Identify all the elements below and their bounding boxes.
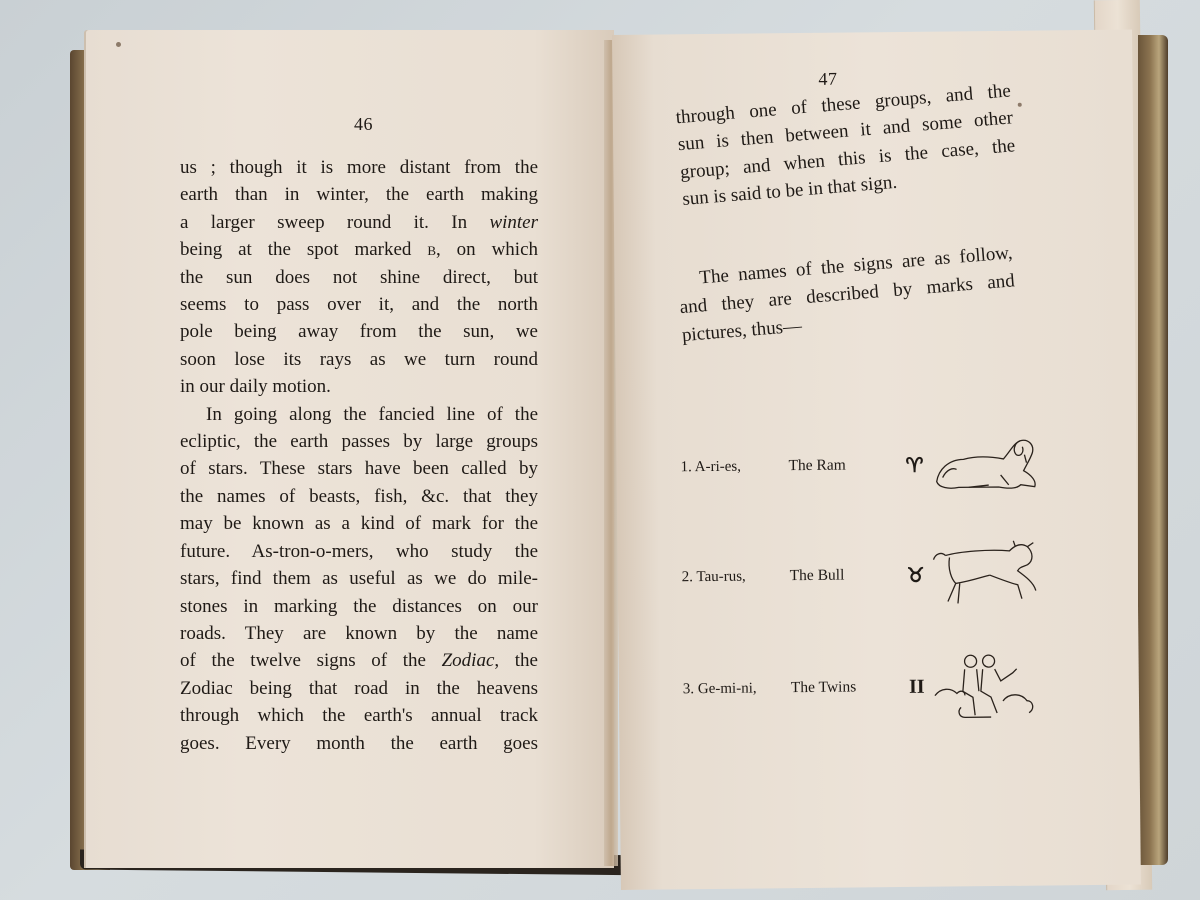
italic-word: Zodiac	[442, 650, 495, 671]
text-line: a larger sweep round it. In winter	[180, 209, 538, 236]
text-line: the names of beasts, fish, &c. that they	[180, 483, 538, 510]
text-line: stars, find them as useful as we do mile…	[180, 565, 538, 592]
text-line: pole being away from the sun, we	[180, 318, 538, 345]
page-number-left: 46	[354, 114, 373, 135]
zodiac-sign-row: 2. Tau-rus, The Bull ♉︎	[681, 538, 1062, 612]
text-line: being at the spot marked b, on which	[180, 236, 538, 263]
text-line: goes. Every month the earth goes	[180, 730, 538, 757]
text-line: in our daily motion.	[180, 373, 538, 400]
zodiac-sign-row: 3. Ge-mi-ni, The Twins II	[682, 650, 1063, 724]
taurus-symbol-icon: ♉︎	[902, 562, 930, 587]
text-line: Zodiac being that road in the heavens	[180, 675, 538, 702]
zodiac-sign-row: 1. A-ri-es, The Ram ♈︎	[680, 428, 1061, 502]
sign-english-name: The Twins	[791, 678, 903, 697]
text-line: earth than in winter, the earth making	[180, 181, 538, 208]
text-line: future. As-tron-o-mers, who study the	[180, 538, 538, 565]
gemini-symbol-icon: II	[903, 675, 931, 698]
text-line: seems to pass over it, and the north	[180, 291, 538, 318]
right-page: 47 through one of these groups, and the …	[612, 30, 1141, 890]
back-cover-edge	[1138, 35, 1168, 865]
sign-latin-name: 2. Tau-rus,	[682, 568, 790, 586]
text-line: stones in marking the distances on our	[180, 593, 538, 620]
left-page: 46 us ; though it is more distant from t…	[86, 30, 614, 868]
sign-english-name: The Ram	[788, 456, 900, 475]
text-line: soon lose its rays as we turn round	[180, 346, 538, 373]
text-line: may be known as a kind of mark for the	[180, 510, 538, 537]
left-page-text: us ; though it is more distant from the …	[180, 154, 538, 757]
text-line: of the twelve signs of the Zodiac, the	[180, 647, 538, 674]
italic-word: winter	[489, 212, 538, 233]
text-line: the sun does not shine direct, but	[180, 264, 538, 291]
text-line: of stars. These stars have been called b…	[180, 455, 538, 482]
signs-intro-paragraph: The names of the signs are as follow, an…	[676, 239, 1018, 350]
twins-engraving-icon	[930, 651, 1041, 722]
text-line: through which the earth's annual track	[180, 702, 538, 729]
book-photo-scene: 46 us ; though it is more distant from t…	[0, 0, 1200, 900]
smallcaps-mark: b	[427, 239, 436, 260]
sign-english-name: The Bull	[790, 566, 902, 585]
text-line: In going along the fancied line of the	[180, 401, 538, 428]
aries-symbol-icon: ♈︎	[900, 452, 928, 477]
sign-latin-name: 1. A-ri-es,	[680, 458, 788, 476]
text-line: ecliptic, the earth passes by large grou…	[180, 428, 538, 455]
foxing-spot	[116, 42, 121, 47]
foxing-spot	[1018, 103, 1022, 107]
text-line: roads. They are known by the name	[180, 620, 538, 647]
page-number-right: 47	[818, 69, 837, 90]
text-line: us ; though it is more distant from the	[180, 154, 538, 181]
sign-latin-name: 3. Ge-mi-ni,	[683, 680, 791, 698]
bull-engraving-icon	[929, 539, 1040, 610]
right-page-text: through one of these groups, and the sun…	[675, 77, 1019, 213]
ram-engraving-icon	[928, 429, 1039, 500]
